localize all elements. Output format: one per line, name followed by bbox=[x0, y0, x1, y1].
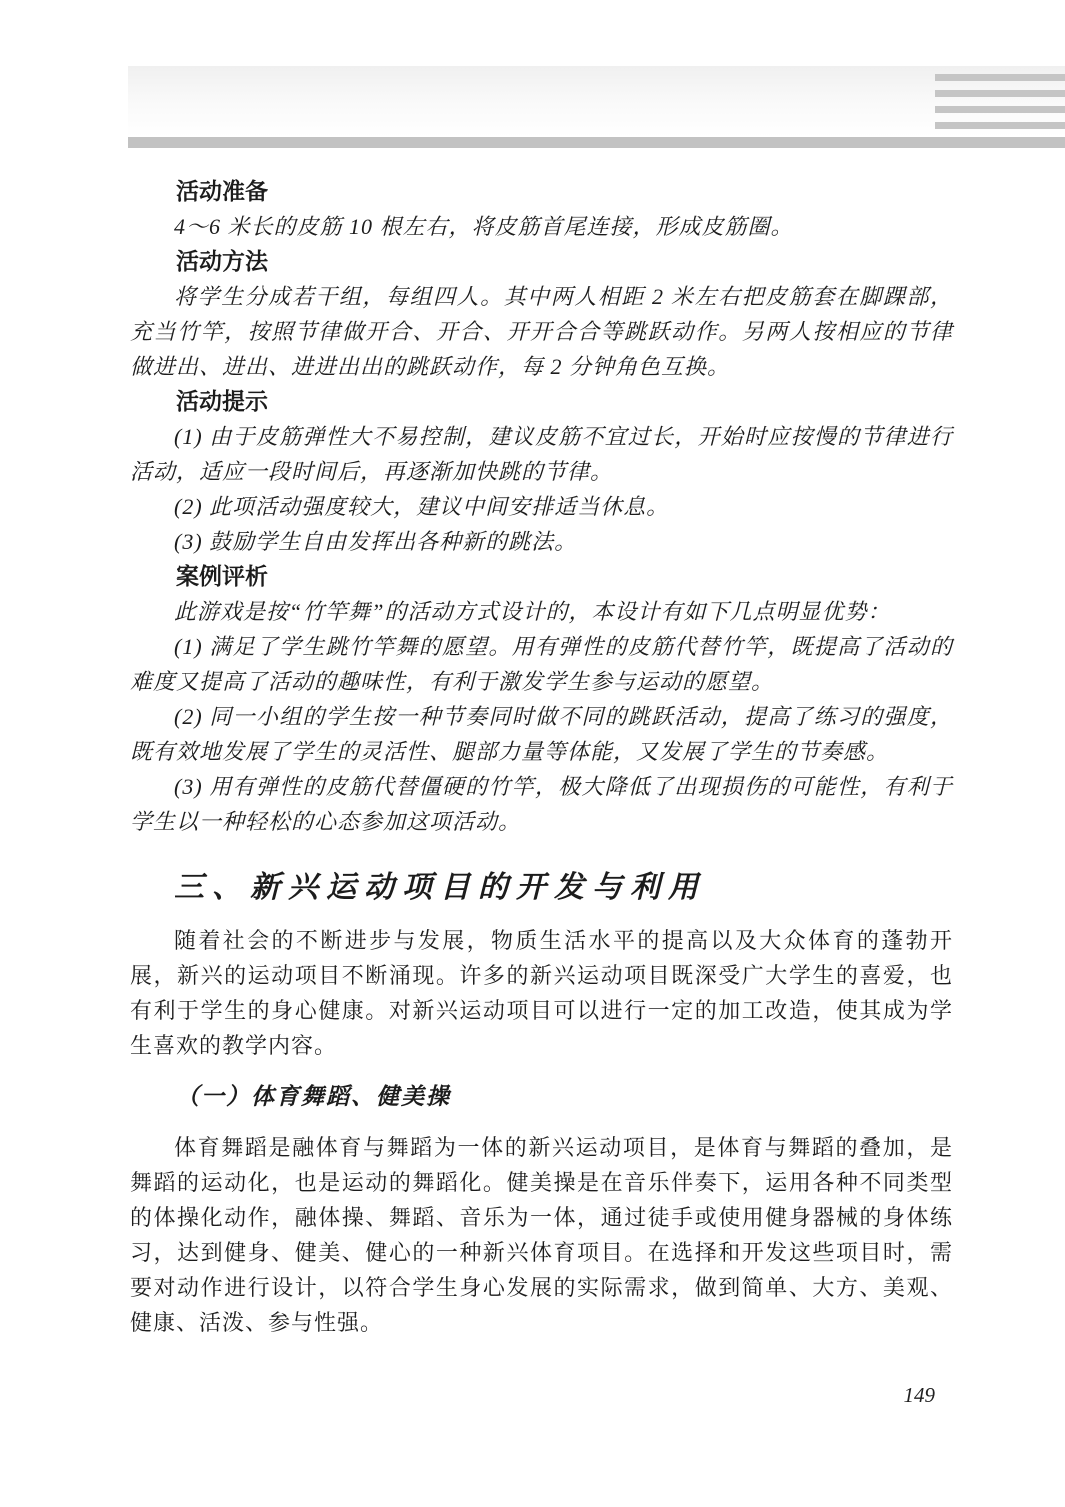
activity-prep-heading: 活动准备 bbox=[130, 174, 953, 209]
activity-method-paragraph: 将学生分成若干组，每组四人。其中两人相距 2 米左右把皮筋套在脚踝部，充当竹竿，… bbox=[130, 279, 953, 384]
case-review-intro: 此游戏是按“竹竿舞”的活动方式设计的，本设计有如下几点明显优势： bbox=[130, 594, 953, 629]
subsection-1-paragraph: 体育舞蹈是融体育与舞蹈为一体的新兴运动项目，是体育与舞蹈的叠加，是舞蹈的运动化，… bbox=[130, 1130, 953, 1340]
case-review-point-2: (2) 同一小组的学生按一种节奏同时做不同的跳跃活动，提高了练习的强度，既有效地… bbox=[130, 699, 953, 769]
page: { "page": { "number": "149" }, "case_sec… bbox=[0, 0, 1065, 1507]
header-band bbox=[128, 66, 1065, 137]
case-review-heading: 案例评析 bbox=[130, 559, 953, 594]
section-3-title: 三、新兴运动项目的开发与利用 bbox=[130, 865, 953, 911]
subsection-1-title: （一）体育舞蹈、健美操 bbox=[130, 1079, 953, 1114]
activity-tip-3: (3) 鼓励学生自由发挥出各种新的跳法。 bbox=[130, 524, 953, 559]
header-stripe bbox=[935, 106, 1065, 113]
activity-method-heading: 活动方法 bbox=[130, 244, 953, 279]
activity-tips-heading: 活动提示 bbox=[130, 384, 953, 419]
header-stripe bbox=[935, 90, 1065, 97]
activity-tip-2: (2) 此项活动强度较大，建议中间安排适当休息。 bbox=[130, 489, 953, 524]
header-stripe bbox=[935, 122, 1065, 129]
text-column: 活动准备 4～6 米长的皮筋 10 根左右，将皮筋首尾连接，形成皮筋圈。 活动方… bbox=[130, 174, 953, 1340]
activity-prep-paragraph: 4～6 米长的皮筋 10 根左右，将皮筋首尾连接，形成皮筋圈。 bbox=[130, 209, 953, 244]
header-stripes-decoration bbox=[935, 74, 1065, 138]
page-number: 149 bbox=[880, 1383, 935, 1408]
case-review-point-1: (1) 满足了学生跳竹竿舞的愿望。用有弹性的皮筋代替竹竿，既提高了活动的难度又提… bbox=[130, 629, 953, 699]
section-3-intro-paragraph: 随着社会的不断进步与发展，物质生活水平的提高以及大众体育的蓬勃开展，新兴的运动项… bbox=[130, 923, 953, 1063]
activity-tip-1: (1) 由于皮筋弹性大不易控制，建议皮筋不宜过长，开始时应按慢的节律进行活动，适… bbox=[130, 419, 953, 489]
header-stripe bbox=[935, 74, 1065, 81]
header-rule-bar bbox=[128, 137, 1065, 148]
case-review-point-3: (3) 用有弹性的皮筋代替僵硬的竹竿，极大降低了出现损伤的可能性，有利于学生以一… bbox=[130, 769, 953, 839]
